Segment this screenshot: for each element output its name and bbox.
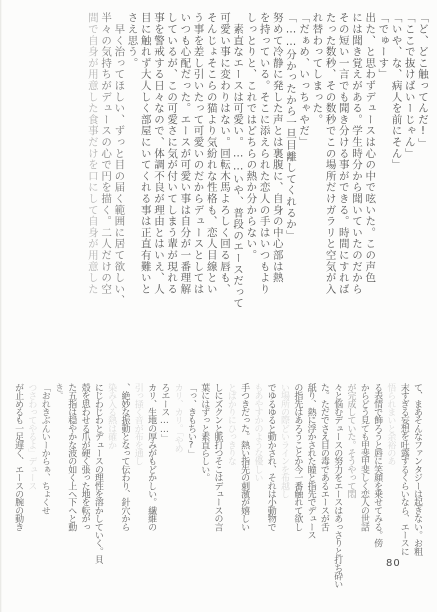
text-column: には聞き覚えがある。学生時分から聞いていたのだから [350, 12, 363, 304]
text-column: 出た、と思わずデュースは心の中で呟いた。この声色 [363, 12, 376, 304]
text-column: 素直なエースは可愛い。……いや、普段のエースだって [231, 12, 244, 304]
text-column: 半々の気持ちがデュースの心で円を描く。二人だけの空 [99, 12, 112, 304]
text-column: 「だぁめ、いっちゃやだ」 [297, 12, 310, 304]
text-column: しっとりと、これではどちらの熱か分からない。 [244, 12, 257, 304]
text-column: でゆるゆると動かされ、それは小動物で [263, 383, 276, 563]
text-column: る表情で飾ろうと唇に笑顔を乗せてみる。傍 [370, 383, 383, 563]
text-column: とばかりにひっきりな [224, 383, 237, 563]
text-column: た五指は穏やかな波の如く上へ下へと動 [64, 383, 77, 563]
text-column: 事を警戒する日々なので、体調不良が理由とはいえ、人 [152, 12, 165, 304]
text-column: の指先はあろうことか今一番触れて欲し [290, 383, 303, 563]
text-column: 早く治ってほしい、ずっと目の届く範囲に居て欲しい、 [112, 12, 125, 304]
text-column: つさわってやるよ」デュース [24, 383, 37, 563]
text-column: 舐り、熱に浮かされた瞳と指先でデュース [303, 383, 316, 563]
text-column: 々と悩むデュースの努力をエースはあっさりと打ち砕い [330, 383, 343, 563]
text-column: いつも心配だった。エースが可愛い事は自分が一番理解 [178, 12, 191, 304]
lower-text-block: て、まあそんなファンタジーは起きない。お粗末すぎる妄想を吐露するくらいなら、エー… [11, 383, 423, 563]
text-column: にじわじわとデュースの理性を溶かしていく。貝 [91, 383, 104, 563]
text-column: からどう見ても甲斐甲斐しく恋人の世話 [357, 383, 370, 563]
text-column: 染み入る熱は確か [104, 383, 117, 563]
text-column: 悟られまいと余裕のあ [383, 383, 396, 563]
text-column: 末すぎる妄想を吐露するくらいなら、エースに [396, 383, 409, 563]
text-column: を持っている。そこに添えられた恋人の手はいつもより [257, 12, 270, 304]
text-column: たった数秒、その数秒でこの場所だけガラリと空気が入 [323, 12, 336, 304]
scan-gutter-shadow [0, 0, 2, 612]
text-column: れ替わってしまった。 [310, 12, 323, 304]
text-column: そんじょそこらの猫より気紛れな性格も、恋人目線とい [205, 12, 218, 304]
text-column: 引っ掻く音が布を通し [130, 383, 143, 563]
text-column: 「いや、な、病人を前にそん」 [389, 12, 402, 304]
text-column: もあやすかのような優しい [250, 383, 263, 563]
text-column: い場所の際どいラインを布越し [277, 383, 290, 563]
text-column: た。ただでさえ目の毒であるエースが舌 [317, 383, 330, 563]
text-column: が完成していた。そうやって悶 [343, 383, 356, 563]
text-column: き。 [51, 383, 64, 563]
text-column: 、絶妙な振動となって伝わり、針穴から [117, 383, 130, 563]
text-column: 「っ、きもちい?」 [184, 383, 197, 563]
book-page: 「ど、どこ触ってんだ!」「ここで抜けばいーじゃん」「いや、な、病人を前にそん」「… [0, 0, 437, 612]
text-column: 手つきだった。熱い指先の刺激が嬉しい [237, 383, 250, 563]
text-column: て、まあそんなファンタジーは起きない。お粗 [410, 383, 423, 563]
text-column: 努めて冷静に発した声とは裏腹に、自身の中心部は熱 [271, 12, 284, 304]
text-column: ろエース……」 [157, 383, 170, 563]
text-column: う事を差し引いたって可愛いのだからデュースとしては [191, 12, 204, 304]
text-column: 殻を思わせる爪が硬く張った地を転がっ [77, 383, 90, 563]
text-column: 可愛い事に変わりはない。回転木馬よろしく回る唇も、 [218, 12, 231, 304]
page-number: 80 [386, 558, 401, 569]
text-column: カリ、カリ。「やめ [170, 383, 183, 563]
text-column: 葉にはずっと素直らしい。 [197, 383, 210, 563]
text-column: 「おれきぶんいーからぁ、ちょくせ [37, 383, 50, 563]
text-column: 目に触れず大人しく部屋にいてくれる事は正直有難いと [139, 12, 152, 304]
text-column: が止めるも一足遅く、エースの腕の動き [11, 383, 24, 563]
text-column: 「……分かったから一旦目離してくれるか」 [284, 12, 297, 304]
text-column: さえ思う。 [125, 12, 138, 304]
text-column: 「ど、どこ触ってんだ!」 [416, 12, 429, 304]
text-column: カリ、生地の厚みがもどかしい。繊維の [144, 383, 157, 563]
upper-text-block: 「ど、どこ触ってんだ!」「ここで抜けばいーじゃん」「いや、な、病人を前にそん」「… [86, 12, 429, 304]
text-column: 「ここで抜けばいーじゃん」 [403, 12, 416, 304]
text-column: その短い一言でも聞き分ける事ができる。時間にすれば [337, 12, 350, 304]
text-column: 「でゅーす」 [376, 12, 389, 304]
text-column: 間で自身が用意した食事だけを口にして自身が用意した [86, 12, 99, 304]
text-column: しているが、この可愛さに気が付いてしまう輩が現れる [165, 12, 178, 304]
text-column: しにズクンと脈打つそこはデュースの言 [210, 383, 223, 563]
